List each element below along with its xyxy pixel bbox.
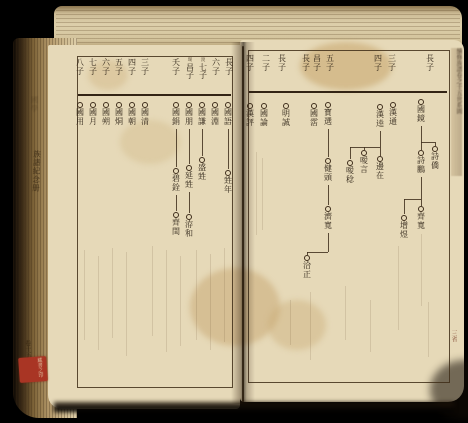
- tree-node: 嗳稔: [344, 160, 356, 184]
- descent-line: [328, 185, 329, 205]
- tree-node: 齊閏: [170, 212, 182, 236]
- tree-node: 洽正: [301, 255, 313, 279]
- bleed-through-line: [256, 152, 257, 235]
- tree-node: 延甡: [183, 165, 195, 189]
- column-header: 渡七子: [197, 59, 209, 81]
- column-header: 夭子: [170, 59, 182, 76]
- tree-node: 國清: [139, 102, 151, 126]
- bleed-through-line: [370, 300, 371, 352]
- margin-note: 三省: [449, 330, 458, 342]
- bleed-through-line: [98, 256, 99, 350]
- descent-line: [189, 129, 190, 164]
- edge-ghost-text: 國學: [29, 96, 40, 113]
- column-header: 昌子: [311, 55, 323, 72]
- photo-of-genealogy-book: 八子七子六子五子四子三子夭子瑚昌子渡七子六子長子國用國月國朔國烔國朝國清國鋗碧銓…: [0, 0, 468, 423]
- tree-node: 詩僑: [429, 146, 441, 170]
- tree-node: 國淵: [209, 102, 221, 126]
- tree-node: 國烔: [113, 102, 125, 126]
- descent-line: [380, 147, 381, 156]
- column-header: 六子: [100, 59, 112, 76]
- tree-node: 國鋗: [170, 102, 182, 126]
- column-header: 四子: [126, 59, 138, 76]
- descent-line: [380, 131, 381, 147]
- sibling-bracket-line: [421, 142, 435, 143]
- tree-node: 漢逵: [374, 104, 386, 128]
- bottom-shadow: [54, 402, 454, 412]
- bleed-through-line: [196, 250, 197, 340]
- column-header: 瑚昌子: [184, 59, 196, 81]
- descent-line: [189, 192, 190, 213]
- bleed-through-line: [428, 302, 429, 357]
- bleed-through-line: [290, 300, 291, 345]
- tree-node: 國朔: [100, 102, 112, 126]
- tree-node: 齊寬: [415, 206, 427, 230]
- tree-node: 國月: [87, 102, 99, 126]
- tree-node: 詩鵬: [415, 150, 427, 174]
- tree-node: 嗳言: [358, 150, 370, 174]
- column-header: 三子: [386, 55, 398, 72]
- tree-node: 盛甡: [196, 157, 208, 181]
- column-header: 二子: [260, 55, 272, 72]
- descent-line: [421, 177, 422, 206]
- bleed-through-line: [345, 286, 346, 340]
- column-header: 八子: [74, 59, 86, 76]
- descent-line: [328, 233, 329, 252]
- column-header: 五子: [324, 55, 336, 72]
- descent-line: [350, 147, 351, 159]
- tree-node: 增煜: [398, 215, 410, 239]
- bleed-through-line: [152, 246, 153, 336]
- bleed-through-line: [112, 248, 113, 338]
- column-header: 五子: [113, 59, 125, 76]
- tree-node: 國謙: [196, 102, 208, 126]
- header-rule: [249, 91, 447, 93]
- edge-volume-label: 卷十五: [23, 340, 33, 358]
- tree-node: 國霑: [308, 103, 320, 127]
- tree-node: 碧銓: [170, 168, 182, 192]
- descent-line: [228, 129, 229, 169]
- column-header: 七子: [87, 59, 99, 76]
- spine-title-text: 續修族譜卷之十五世系圖: [451, 48, 462, 176]
- descent-line: [176, 129, 177, 167]
- tree-node: 國朝: [126, 102, 138, 126]
- bleed-through-line: [84, 250, 85, 340]
- sibling-bracket-line: [350, 147, 380, 148]
- descent-line: [176, 195, 177, 211]
- bleed-through-line: [421, 234, 422, 306]
- tree-node: 國用: [74, 102, 86, 126]
- tree-node: 明誠: [280, 103, 292, 127]
- descent-line: [421, 126, 422, 150]
- bleed-through-line: [180, 256, 181, 346]
- tree-node: 國論: [258, 103, 270, 127]
- descent-line: [404, 199, 405, 214]
- tree-node: 健頭: [322, 158, 334, 182]
- column-header: 長子: [424, 55, 436, 72]
- column-header: 六子: [210, 59, 222, 76]
- sibling-bracket-line: [404, 199, 421, 200]
- bleed-through-line: [398, 246, 399, 330]
- bleed-through-line: [166, 250, 167, 352]
- bleed-through-line: [126, 252, 127, 356]
- tree-node: 寳選: [322, 102, 334, 126]
- tree-node: 邊在: [374, 156, 386, 180]
- descent-line: [328, 129, 329, 157]
- red-collection-seal: 藏書之印: [18, 356, 48, 383]
- tree-node: 漢通: [387, 102, 399, 126]
- edge-handwritten-label: 族譜紀念册: [30, 150, 42, 193]
- bleed-through-line: [210, 254, 211, 350]
- tree-node: 濟寬: [322, 206, 334, 230]
- bleed-through-line: [262, 158, 263, 230]
- tree-node: 國朋: [183, 102, 195, 126]
- sibling-bracket-line: [307, 252, 328, 253]
- bleed-through-line: [310, 292, 311, 360]
- tree-node: 國鏡: [415, 99, 427, 123]
- bleed-through-line: [224, 248, 225, 342]
- column-header: 四子: [372, 55, 384, 72]
- column-header: 長子: [276, 55, 288, 72]
- column-header: 三子: [139, 59, 151, 76]
- tree-node: 洊和: [183, 214, 195, 238]
- page-gutter-edge: [242, 46, 244, 402]
- descent-line: [202, 129, 203, 156]
- header-rule: [78, 94, 231, 96]
